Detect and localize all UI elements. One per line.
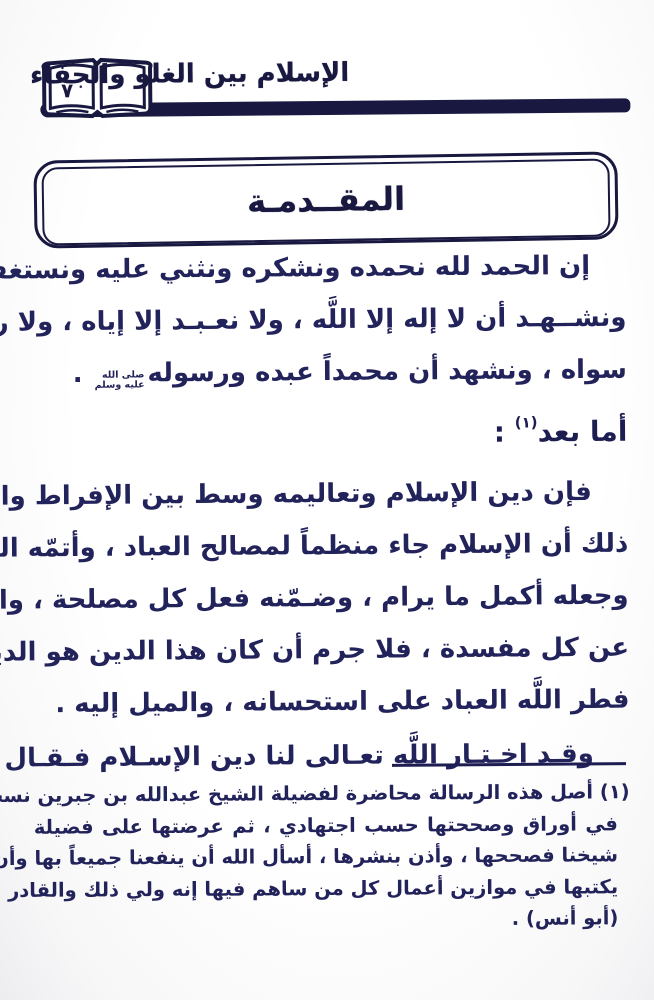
body-line: ونشــهـد أن لا إله إلا اللَّه ، ولا نعـب… [28, 292, 626, 349]
body-line: فإن دين الإسلام وتعاليمه وسط بين الإفراط… [30, 466, 628, 523]
chapter-title-box: المقــدمـة [33, 151, 618, 248]
sallallahu-alayhi-wasallam-mark: صلى اللهعليه وسلم [95, 370, 145, 390]
paragraph-1: إن الحمد لله نحمده ونشكره ونثني عليه ونس… [28, 240, 627, 401]
page-header: ٧ الإسلام بين الغلو والجفاء [0, 0, 654, 133]
body-line: فطر اللَّه العباد على استحسانه ، والميل … [31, 674, 629, 731]
body-line: سواه ، ونشهد أن محمداً عبده ورسولهصلى ال… [29, 344, 627, 401]
body-line: وجعله أكمل ما يرام ، وضـمّنه فعل كل مصلح… [30, 570, 628, 627]
book-title: الإسلام بين الغلو والجفاء [30, 57, 424, 90]
footnote: (١) أصل هذه الرسالة محاضرة لفضيلة الشيخ … [34, 776, 631, 937]
amma-baad-heading: أما بعد(١) : [29, 396, 627, 457]
amma-baad-label: أما بعد [538, 415, 628, 449]
paragraph-2: فإن دين الإسلام وتعاليمه وسط بين الإفراط… [30, 466, 630, 731]
footnote-line: (١) أصل هذه الرسالة محاضرة لفضيلة الشيخ … [34, 776, 630, 811]
footnote-line: في أوراق وصححتها حسب اجتهادي ، ثم عرضتها… [34, 808, 630, 843]
chapter-title: المقــدمـة [247, 180, 406, 220]
footnote-line: (أبو أنس) . [34, 902, 630, 937]
footnote-line: يكتبها في موازين أعمال كل من ساهم فيها إ… [34, 871, 630, 906]
chapter-title-inner-border: المقــدمـة [41, 159, 610, 246]
body-text: إن الحمد لله نحمده ونشكره ونثني عليه ونس… [28, 240, 630, 785]
body-line: إن الحمد لله نحمده ونشكره ونثني عليه ونس… [28, 240, 626, 297]
footnote-reference: (١) [515, 413, 538, 431]
body-line: عن كل مفسدة ، فلا جرم أن كان هذا الدين ه… [31, 622, 629, 679]
body-line: ذلك أن الإسلام جاء منظماً لمصالح العباد … [30, 518, 628, 575]
footnote-line: شيخنا فصححها ، وأذن بنشرها ، أسأل الله أ… [34, 839, 630, 874]
book-page: ٧ الإسلام بين الغلو والجفاء المقــدمـة إ… [0, 0, 654, 1000]
